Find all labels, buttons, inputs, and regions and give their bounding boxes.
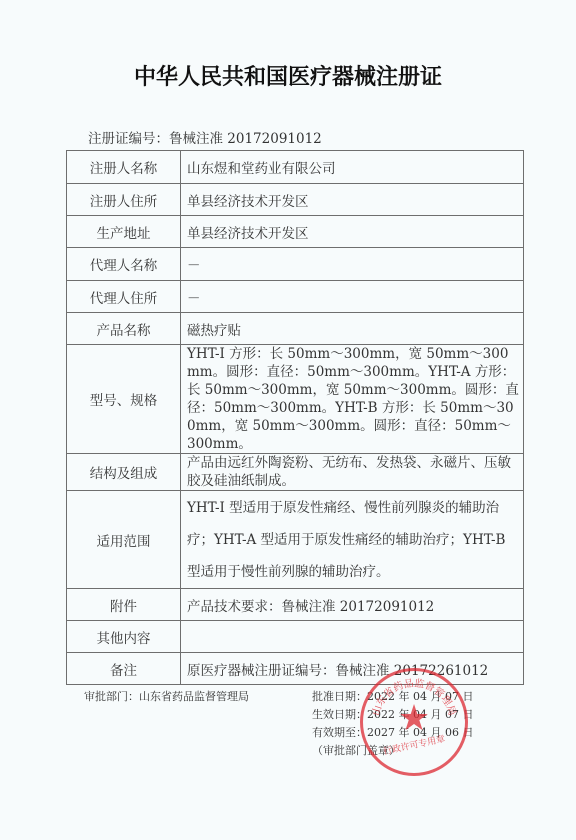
table-row-agent-address: 代理人住所 － <box>67 281 524 313</box>
table-row-scope: 适用范围 YHT-I 型适用于原发性痛经、慢性前列腺炎的辅助治疗；YHT-A 型… <box>67 491 524 589</box>
row-label: 其他内容 <box>67 621 181 653</box>
row-value: 磁热疗贴 <box>181 313 524 345</box>
table-row-registrant-name: 注册人名称 山东煜和堂药业有限公司 <box>67 151 524 184</box>
row-label: 附件 <box>67 589 181 621</box>
row-label: 注册人住所 <box>67 184 181 216</box>
approval-date: 批准日期：2022 年 04 月 07 日 <box>312 688 473 706</box>
row-label: 型号、规格 <box>67 345 181 454</box>
seal-note: （审批部门盖章） <box>312 742 473 760</box>
row-label: 产品名称 <box>67 313 181 345</box>
table-row-agent-name: 代理人名称 － <box>67 248 524 281</box>
table-row-other: 其他内容 <box>67 621 524 653</box>
row-value: 原医疗器械注册证编号：鲁械注准 20172261012 <box>181 653 524 685</box>
row-value <box>181 621 524 653</box>
registration-number-value: 鲁械注准 20172091012 <box>169 131 322 147</box>
row-label: 结构及组成 <box>67 454 181 491</box>
table-row-product-name: 产品名称 磁热疗贴 <box>67 313 524 345</box>
table-row-model-spec: 型号、规格 YHT-I 方形：长 50mm～300mm，宽 50mm～300mm… <box>67 345 524 454</box>
row-label: 代理人名称 <box>67 248 181 281</box>
row-label: 生产地址 <box>67 216 181 248</box>
approval-dates: 批准日期：2022 年 04 月 07 日 生效日期：2022 年 04 月 0… <box>312 688 473 760</box>
table-row-remarks: 备注 原医疗器械注册证编号：鲁械注准 20172261012 <box>67 653 524 685</box>
row-value: 产品技术要求：鲁械注准 20172091012 <box>181 589 524 621</box>
registration-number: 注册证编号：鲁械注准 20172091012 <box>88 127 322 147</box>
table-row-registrant-address: 注册人住所 单县经济技术开发区 <box>67 184 524 216</box>
row-value: 单县经济技术开发区 <box>181 184 524 216</box>
table-row-production-address: 生产地址 单县经济技术开发区 <box>67 216 524 248</box>
certificate-title: 中华人民共和国医疗器械注册证 <box>0 60 576 91</box>
row-label: 代理人住所 <box>67 281 181 313</box>
registration-number-label: 注册证编号： <box>88 131 169 147</box>
row-value: YHT-I 方形：长 50mm～300mm，宽 50mm～300mm。圆形：直径… <box>181 345 524 454</box>
effective-date: 生效日期：2022 年 04 月 07 日 <box>312 706 473 724</box>
row-value: 产品由远红外陶瓷粉、无纺布、发热袋、永磁片、压敏胶及硅油纸制成。 <box>181 454 524 491</box>
expiry-date: 有效期至：2027 年 04 月 06 日 <box>312 724 473 742</box>
approval-department: 审批部门：山东省药品监督管理局 <box>84 688 249 704</box>
table-row-attachment: 附件 产品技术要求：鲁械注准 20172091012 <box>67 589 524 621</box>
row-value: － <box>181 281 524 313</box>
row-value: YHT-I 型适用于原发性痛经、慢性前列腺炎的辅助治疗；YHT-A 型适用于原发… <box>181 491 524 589</box>
row-value: － <box>181 248 524 281</box>
table-row-structure: 结构及组成 产品由远红外陶瓷粉、无纺布、发热袋、永磁片、压敏胶及硅油纸制成。 <box>67 454 524 491</box>
row-label: 适用范围 <box>67 491 181 589</box>
row-label: 备注 <box>67 653 181 685</box>
row-value: 山东煜和堂药业有限公司 <box>181 151 524 184</box>
certificate-table: 注册人名称 山东煜和堂药业有限公司 注册人住所 单县经济技术开发区 生产地址 单… <box>66 150 524 685</box>
row-label: 注册人名称 <box>67 151 181 184</box>
row-value: 单县经济技术开发区 <box>181 216 524 248</box>
